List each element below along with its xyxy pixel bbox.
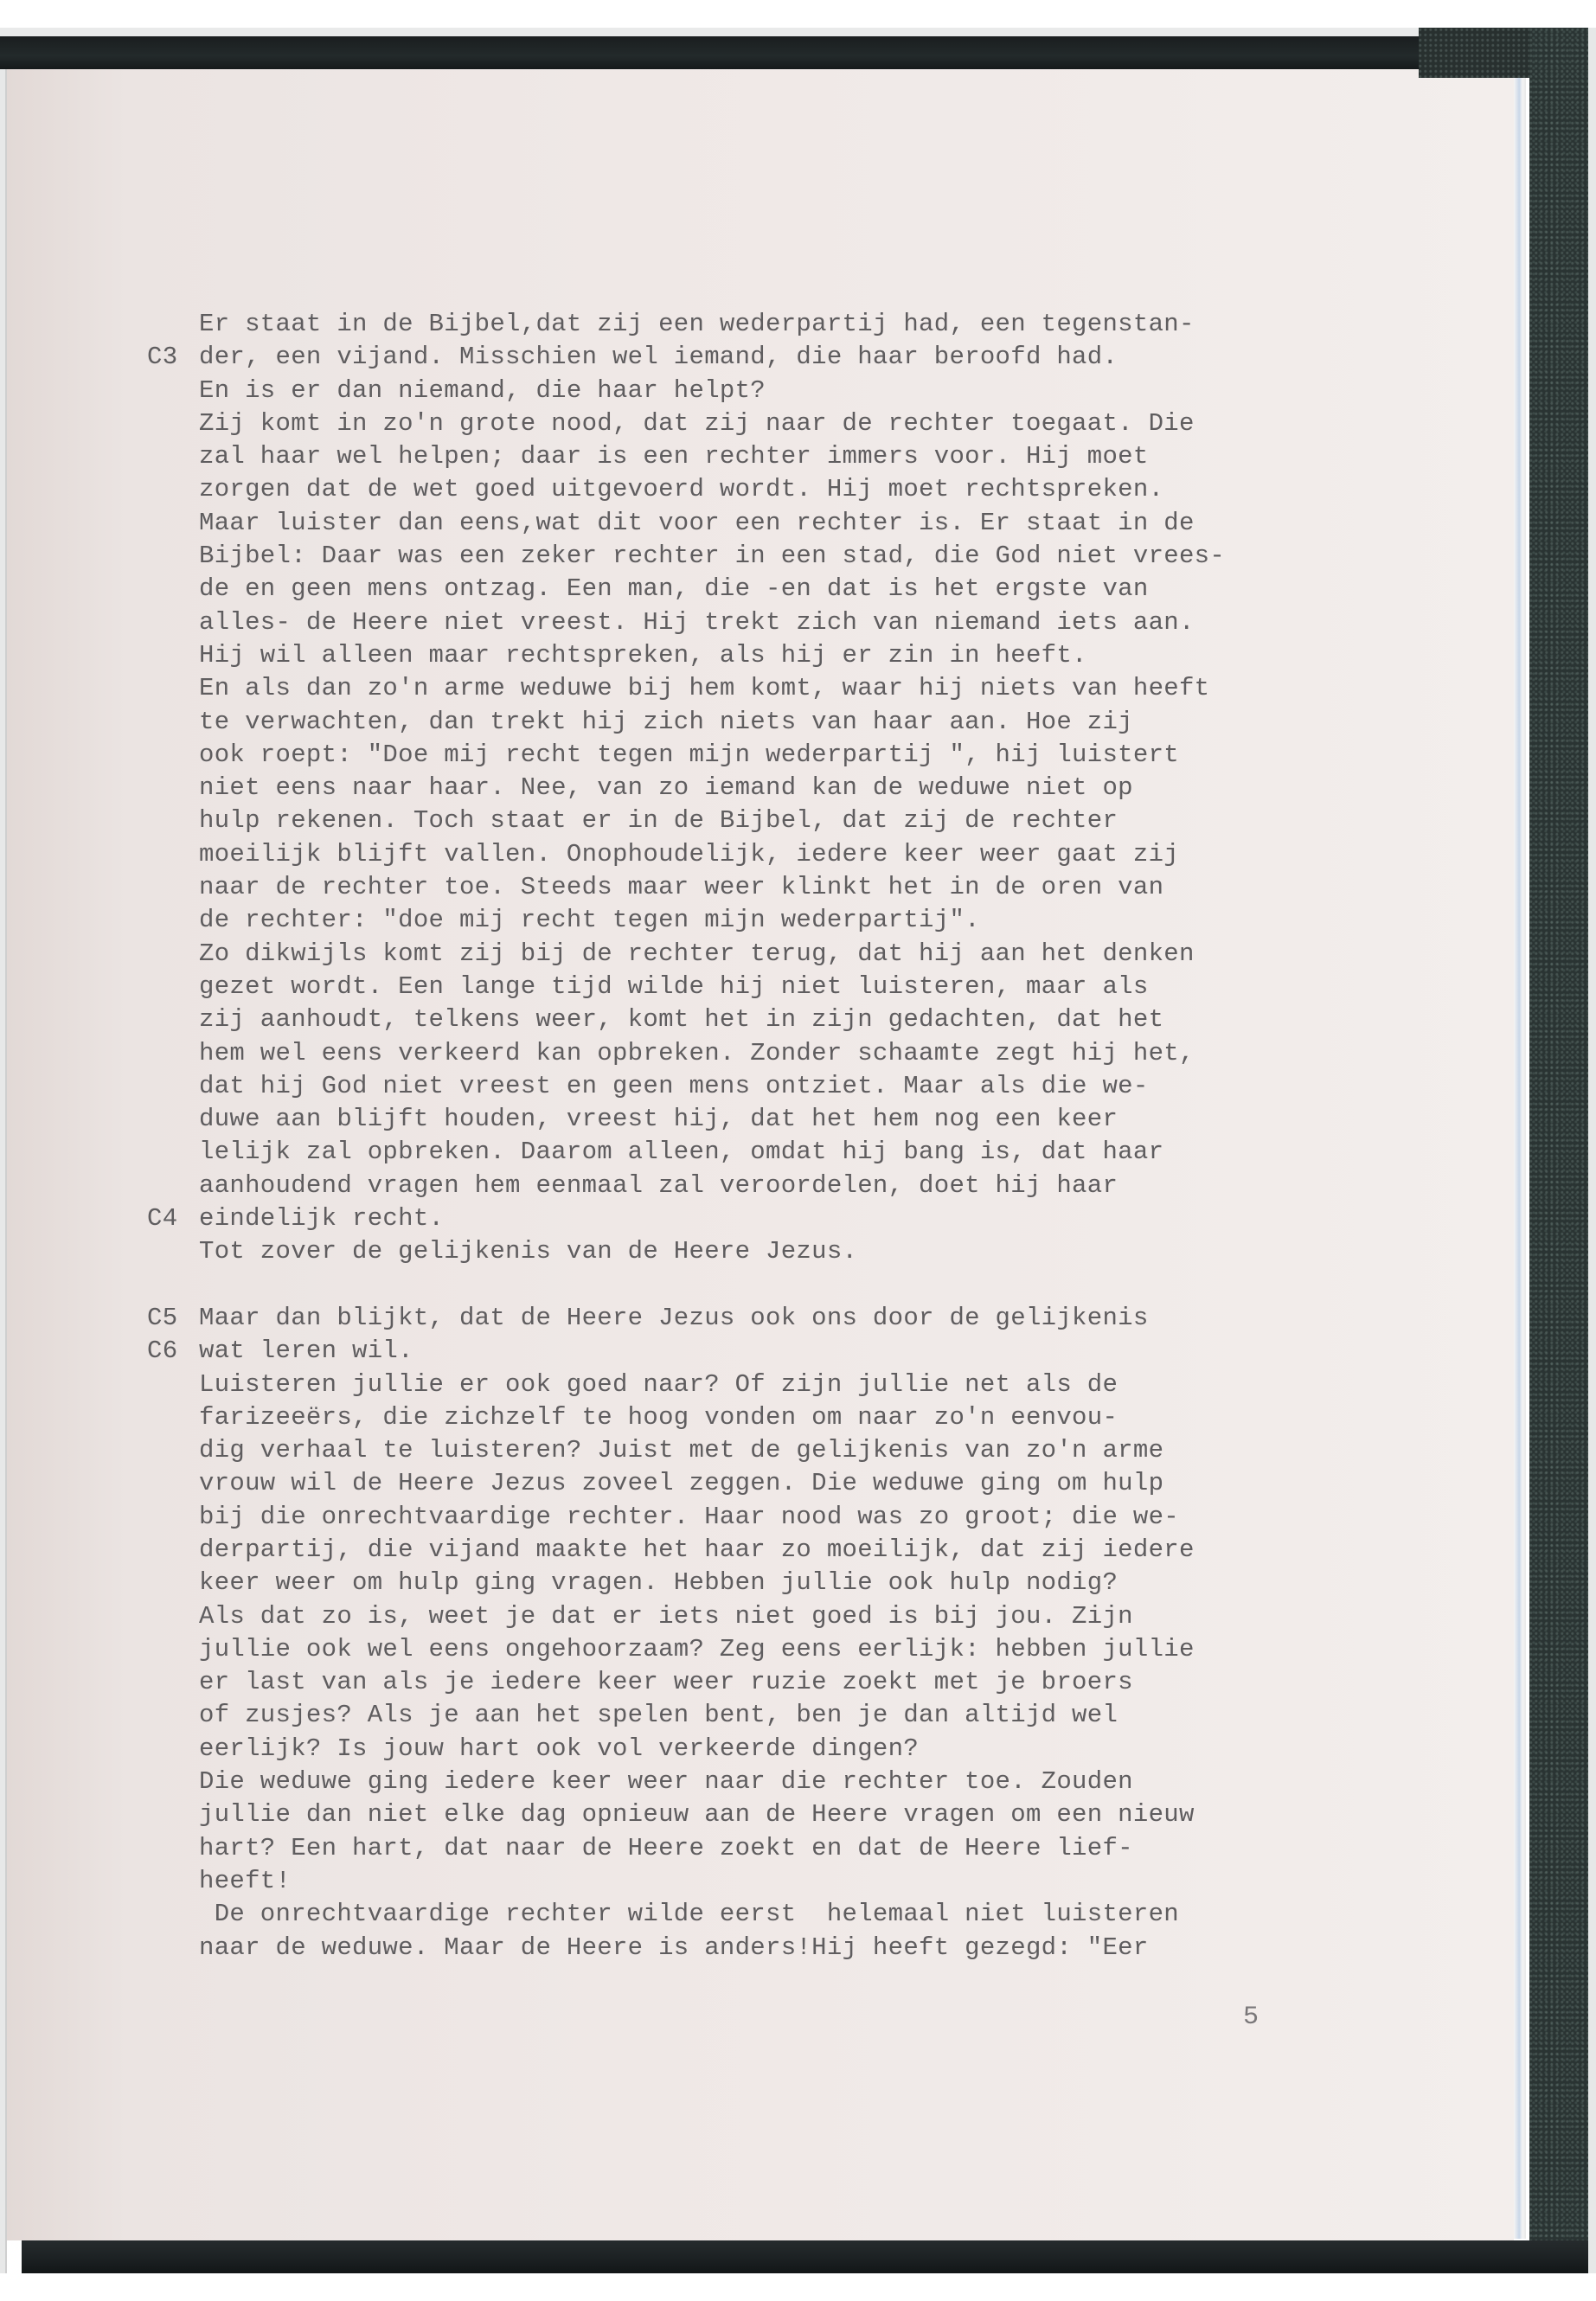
line-text: Maar luister dan eens,wat dit voor een r… [199,509,1195,537]
margin-cue-label: C3 [147,341,195,374]
line-text: Die weduwe ging iedere keer weer naar di… [199,1767,1133,1796]
line-text: keer weer om hulp ging vragen. Hebben ju… [199,1568,1118,1597]
line-text: er last van als je iedere keer weer ruzi… [199,1668,1133,1696]
text-line: Die weduwe ging iedere keer weer naar di… [147,1766,1358,1798]
line-text: gezet wordt. Een lange tijd wilde hij ni… [199,972,1149,1001]
typewritten-text: Er staat in de Bijbel,dat zij een wederp… [147,308,1358,1965]
scan-background-right [1588,28,1596,2273]
line-text: alles- de Heere niet vreest. Hij trekt z… [199,608,1195,637]
line-text: Tot zover de gelijkenis van de Heere Jez… [199,1237,857,1266]
line-text: hart? Een hart, dat naar de Heere zoekt … [199,1834,1133,1862]
text-line: aanhoudend vragen hem eenmaal zal veroor… [147,1170,1358,1202]
page-number: 5 [1243,2003,1259,2032]
line-text: Zij komt in zo'n grote nood, dat zij naa… [199,409,1195,438]
text-line: jullie dan niet elke dag opnieuw aan de … [147,1798,1358,1831]
text-line: gezet wordt. Een lange tijd wilde hij ni… [147,971,1358,1003]
line-text: naar de rechter toe. Steeds maar weer kl… [199,873,1163,901]
text-line: de en geen mens ontzag. Een man, die -en… [147,573,1358,606]
text-line: bij die onrechtvaardige rechter. Haar no… [147,1501,1358,1534]
text-line: naar de rechter toe. Steeds maar weer kl… [147,871,1358,904]
text-line: hart? Een hart, dat naar de Heere zoekt … [147,1832,1358,1865]
text-line: of zusjes? Als je aan het spelen bent, b… [147,1699,1358,1732]
margin-cue-label: C4 [147,1202,195,1235]
text-section-application: C5Maar dan blijkt, dat de Heere Jezus oo… [147,1302,1358,1965]
text-line: niet eens naar haar. Nee, van zo iemand … [147,772,1358,804]
line-text: jullie ook wel eens ongehoorzaam? Zeg ee… [199,1635,1195,1663]
text-line: C4eindelijk recht. [147,1202,1358,1235]
text-line: keer weer om hulp ging vragen. Hebben ju… [147,1567,1358,1599]
text-line: ook roept: "Doe mij recht tegen mijn wed… [147,739,1358,772]
text-line: de rechter: "doe mij recht tegen mijn we… [147,904,1358,937]
text-line: Als dat zo is, weet je dat er iets niet … [147,1600,1358,1633]
text-line: De onrechtvaardige rechter wilde eerst h… [147,1898,1358,1931]
line-text: hulp rekenen. Toch staat er in de Bijbel… [199,806,1118,835]
line-text: jullie dan niet elke dag opnieuw aan de … [199,1800,1195,1829]
blank-line [147,1269,1358,1302]
text-line: zij aanhoudt, telkens weer, komt het in … [147,1003,1358,1036]
text-line: En is er dan niemand, die haar helpt? [147,375,1358,407]
line-text: dig verhaal te luisteren? Juist met de g… [199,1436,1163,1465]
line-text: Hij wil alleen maar rechtspreken, als hi… [199,641,1087,670]
line-text: eindelijk recht. [199,1204,444,1233]
line-text: Er staat in de Bijbel,dat zij een wederp… [199,310,1195,338]
binder-frame-bottom [22,2240,1588,2273]
page-edge-right [1514,76,1526,2239]
line-text: duwe aan blijft houden, vreest hij, dat … [199,1105,1118,1133]
text-line: zorgen dat de wet goed uitgevoerd wordt.… [147,473,1358,506]
line-text: zij aanhoudt, telkens weer, komt het in … [199,1005,1163,1034]
text-line: farizeeërs, die zichzelf te hoog vonden … [147,1401,1358,1434]
page-edge-left [0,69,7,2273]
line-text: Maar dan blijkt, dat de Heere Jezus ook … [199,1304,1149,1332]
text-line: duwe aan blijft houden, vreest hij, dat … [147,1103,1358,1136]
line-text: En is er dan niemand, die haar helpt? [199,376,766,405]
text-section-parable: Er staat in de Bijbel,dat zij een wederp… [147,308,1358,1269]
text-line: Zo dikwijls komt zij bij de rechter teru… [147,938,1358,971]
text-line: C5Maar dan blijkt, dat de Heere Jezus oo… [147,1302,1358,1335]
text-line: Maar luister dan eens,wat dit voor een r… [147,507,1358,540]
text-line: moeilijk blijft vallen. Onophoudelijk, i… [147,838,1358,871]
text-line: heeft! [147,1865,1358,1898]
text-line: Hij wil alleen maar rechtspreken, als hi… [147,639,1358,672]
line-text: wat leren wil. [199,1336,413,1365]
text-line: hem wel eens verkeerd kan opbreken. Zond… [147,1037,1358,1070]
line-text: eerlijk? Is jouw hart ook vol verkeerde … [199,1734,919,1763]
text-line: Bijbel: Daar was een zeker rechter in ee… [147,540,1358,573]
text-line: Tot zover de gelijkenis van de Heere Jez… [147,1235,1358,1268]
line-text: moeilijk blijft vallen. Onophoudelijk, i… [199,840,1179,868]
line-text: of zusjes? Als je aan het spelen bent, b… [199,1701,1118,1729]
text-line: dat hij God niet vreest en geen mens ont… [147,1070,1358,1103]
text-line: jullie ook wel eens ongehoorzaam? Zeg ee… [147,1633,1358,1666]
text-line: Zij komt in zo'n grote nood, dat zij naa… [147,407,1358,440]
text-line: te verwachten, dan trekt hij zich niets … [147,706,1358,739]
line-text: En als dan zo'n arme weduwe bij hem komt… [199,674,1209,702]
line-text: hem wel eens verkeerd kan opbreken. Zond… [199,1039,1195,1067]
text-line: derpartij, die vijand maakte het haar zo… [147,1534,1358,1567]
margin-cue-label: C5 [147,1302,195,1335]
text-line: er last van als je iedere keer weer ruzi… [147,1666,1358,1699]
text-line: vrouw wil de Heere Jezus zoveel zeggen. … [147,1467,1358,1500]
text-line: naar de weduwe. Maar de Heere is anders!… [147,1932,1358,1965]
line-text: zal haar wel helpen; daar is een rechter… [199,442,1149,471]
text-line: zal haar wel helpen; daar is een rechter… [147,440,1358,473]
scan-background-top [0,28,1522,36]
binder-frame-top [0,36,1522,69]
line-text: ook roept: "Doe mij recht tegen mijn wed… [199,740,1179,769]
line-text: De onrechtvaardige rechter wilde eerst h… [199,1900,1179,1928]
line-text: de rechter: "doe mij recht tegen mijn we… [199,906,980,934]
text-line: hulp rekenen. Toch staat er in de Bijbel… [147,804,1358,837]
margin-cue-label: C6 [147,1335,195,1368]
text-line: eerlijk? Is jouw hart ook vol verkeerde … [147,1733,1358,1766]
text-line: lelijk zal opbreken. Daarom alleen, omda… [147,1136,1358,1169]
text-line: alles- de Heere niet vreest. Hij trekt z… [147,606,1358,639]
text-line: En als dan zo'n arme weduwe bij hem komt… [147,672,1358,705]
line-text: vrouw wil de Heere Jezus zoveel zeggen. … [199,1469,1163,1497]
text-line: Luisteren jullie er ook goed naar? Of zi… [147,1368,1358,1401]
binder-spine [1529,28,1588,2273]
line-text: aanhoudend vragen hem eenmaal zal veroor… [199,1171,1118,1200]
line-text: te verwachten, dan trekt hij zich niets … [199,708,1133,736]
text-line: Er staat in de Bijbel,dat zij een wederp… [147,308,1358,341]
line-text: farizeeërs, die zichzelf te hoog vonden … [199,1403,1118,1432]
line-text: Zo dikwijls komt zij bij de rechter teru… [199,939,1195,968]
line-text: lelijk zal opbreken. Daarom alleen, omda… [199,1138,1163,1166]
text-line: C6wat leren wil. [147,1335,1358,1368]
text-line: dig verhaal te luisteren? Juist met de g… [147,1434,1358,1467]
line-text: Als dat zo is, weet je dat er iets niet … [199,1602,1133,1631]
line-text: de en geen mens ontzag. Een man, die -en… [199,574,1149,603]
line-text: Bijbel: Daar was een zeker rechter in ee… [199,542,1225,570]
line-text: dat hij God niet vreest en geen mens ont… [199,1072,1149,1100]
line-text: zorgen dat de wet goed uitgevoerd wordt.… [199,475,1163,503]
line-text: Luisteren jullie er ook goed naar? Of zi… [199,1370,1118,1399]
line-text: derpartij, die vijand maakte het haar zo… [199,1535,1195,1564]
line-text: bij die onrechtvaardige rechter. Haar no… [199,1503,1179,1531]
line-text: naar de weduwe. Maar de Heere is anders!… [199,1933,1149,1962]
line-text: der, een vijand. Misschien wel iemand, d… [199,343,1118,371]
text-line: C3der, een vijand. Misschien wel iemand,… [147,341,1358,374]
line-text: niet eens naar haar. Nee, van zo iemand … [199,773,1133,802]
line-text: heeft! [199,1867,291,1895]
